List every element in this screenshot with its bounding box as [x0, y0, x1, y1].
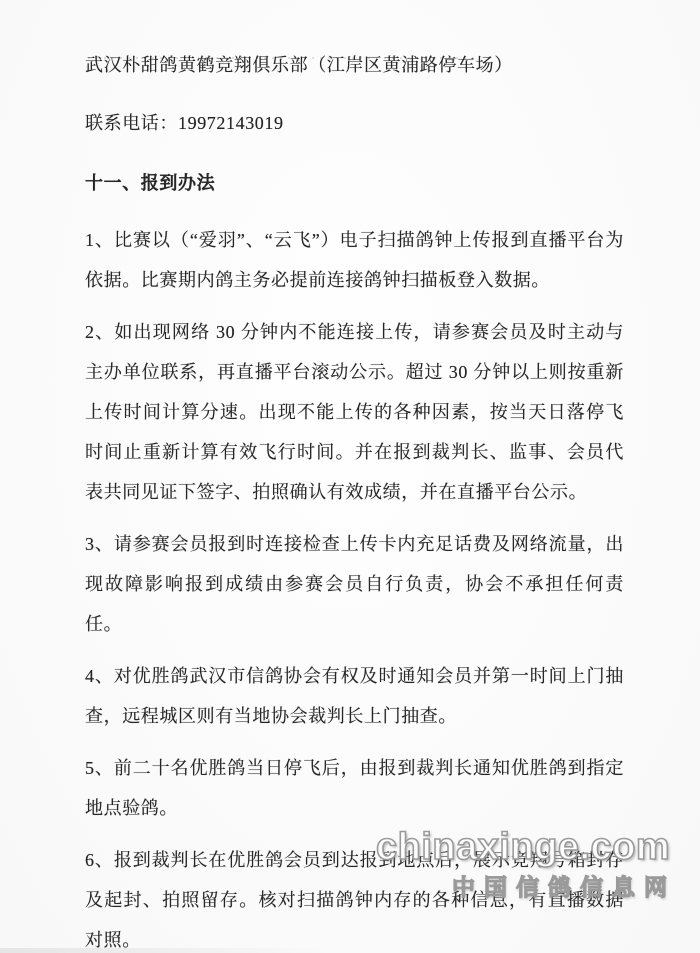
- rule-paragraph-4: 4、对优胜鸽武汉市信鸽协会有权及时通知会员并第一时间上门抽查，远程城区则有当地协…: [85, 656, 624, 736]
- document-page: 武汉朴甜鸽黄鹤竞翔俱乐部（江岸区黄浦路停车场） 联系电话：19972143019…: [85, 52, 624, 953]
- rule-paragraph-5: 5、前二十名优胜鸽当日停飞后，由报到裁判长通知优胜鸽到指定地点验鸽。: [85, 748, 624, 828]
- rule-paragraph-1: 1、比赛以（“爱羽”、“云飞”）电子扫描鸽钟上传报到直播平台为依据。比赛期内鸽主…: [85, 220, 624, 300]
- club-name-line: 武汉朴甜鸽黄鹤竞翔俱乐部（江岸区黄浦路停车场）: [85, 52, 624, 78]
- section-heading: 十一、报到办法: [85, 170, 624, 196]
- rule-paragraph-3: 3、请参赛会员报到时连接检查上传卡内充足话费及网络流量，出现故障影响报到成绩由参…: [85, 524, 624, 644]
- watermark-site-name: 中国信鸽信息网: [452, 869, 676, 902]
- watermark-site-url: chinaxinge.com: [376, 826, 670, 869]
- rule-paragraph-2: 2、如出现网络 30 分钟内不能连接上传，请参赛会员及时主动与主办单位联系，再直…: [85, 312, 624, 512]
- contact-phone-line: 联系电话：19972143019: [85, 110, 624, 136]
